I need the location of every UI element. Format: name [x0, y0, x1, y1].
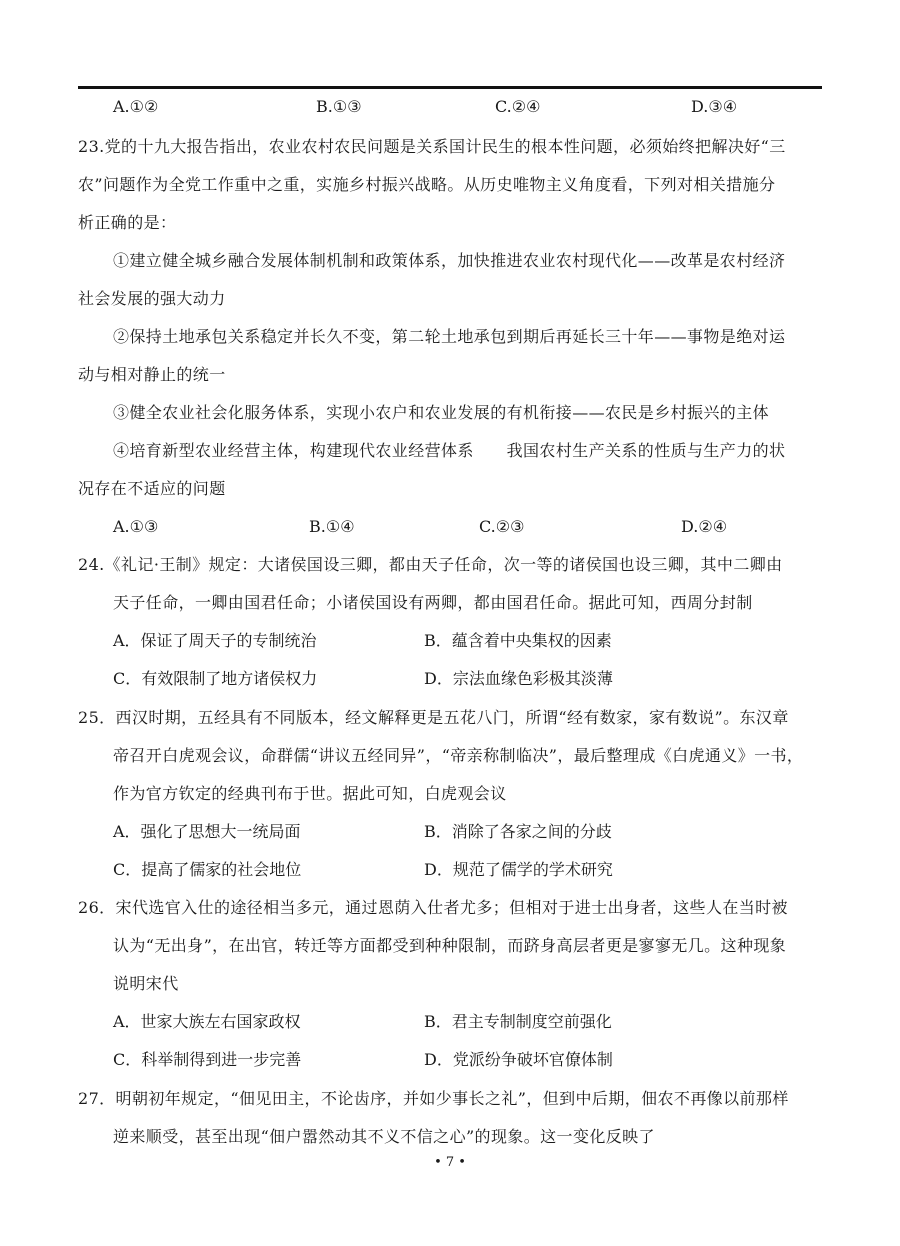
q22-options: A.①② B.①③ C.②④ D.③④: [0, 97, 900, 117]
q24-option-d: D．宗法血缘色彩极其淡薄: [424, 669, 613, 689]
q23-statement-4-line-2: 况存在不适应的问题: [78, 479, 226, 499]
q25-stem-line-1: 25．西汉时期，五经具有不同版本，经文解释更是五花八门，所谓“经有数家，家有数说…: [78, 708, 789, 728]
exam-page: A.①② B.①③ C.②④ D.③④ 23.党的十九大报告指出，农业农村农民问…: [0, 0, 900, 1246]
q26-options: A．世家大族左右国家政权 B．君主专制制度空前强化 C．科举制得到进一步完善 D…: [0, 1012, 900, 1070]
q24-option-a: A．保证了周天子的专制统治: [113, 631, 317, 651]
q27-stem-line-2: 逆来顺受，甚至出现“佃户嚣然动其不义不信之心”的现象。这一变化反映了: [113, 1127, 655, 1147]
q23-stem-line-1: 23.党的十九大报告指出，农业农村农民问题是关系国计民生的根本性问题，必须始终把…: [78, 137, 786, 157]
q23-statement-1-line-2: 社会发展的强大动力: [78, 289, 226, 309]
q24-option-b: B．蕴含着中央集权的因素: [424, 631, 612, 651]
q26-option-d: D．党派纷争破坏官僚体制: [424, 1050, 613, 1070]
q25-option-b: B．消除了各家之间的分歧: [424, 822, 612, 842]
q23-stem-line-2: 农”问题作为全党工作重中之重，实施乡村振兴战略。从历史唯物主义角度看，下列对相关…: [78, 175, 775, 195]
page-number: • 7 •: [0, 1155, 900, 1171]
q25-options: A．强化了思想大一统局面 B．消除了各家之间的分歧 C．提高了儒家的社会地位 D…: [0, 822, 900, 880]
q24-stem-line-2: 天子任命，一卿由国君任命；小诸侯国设有两卿，都由国君任命。据此可知，西周分封制: [113, 593, 753, 613]
q23-option-a: A.①③: [113, 517, 158, 537]
q24-options: A．保证了周天子的专制统治 B．蕴含着中央集权的因素 C．有效限制了地方诸侯权力…: [0, 631, 900, 689]
q23-stem-line-3: 析正确的是：: [78, 213, 176, 233]
q23-option-c: C.②③: [479, 517, 524, 537]
q23-statement-2-line-1: ②保持土地承包关系稳定并长久不变，第二轮土地承包到期后再延长三十年——事物是绝对…: [113, 327, 785, 347]
q23-option-b: B.①④: [309, 517, 355, 537]
q23-options: A.①③ B.①④ C.②③ D.②④: [0, 517, 900, 537]
q25-option-c: C．提高了儒家的社会地位: [113, 860, 301, 880]
q23-statement-2-line-2: 动与相对静止的统一: [78, 365, 226, 385]
q26-stem-line-3: 说明宋代: [113, 974, 179, 994]
q23-option-d: D.②④: [681, 517, 727, 537]
q23-statement-3: ③健全农业社会化服务体系，实现小农户和农业发展的有机衔接——农民是乡村振兴的主体: [113, 403, 769, 423]
q26-stem-line-1: 26．宋代选官入仕的途径相当多元，通过恩荫入仕者尤多；但相对于进士出身者，这些人…: [78, 898, 788, 918]
q23-statement-1-line-1: ①建立健全城乡融合发展体制机制和政策体系，加快推进农业农村现代化——改革是农村经…: [113, 251, 785, 271]
q27-stem-line-1: 27．明朝初年规定，“佃见田主，不论齿序，并如少事长之礼”，但到中后期，佃农不再…: [78, 1089, 789, 1109]
q26-stem-line-2: 认为“无出身”，在出官，转迁等方面都受到种种限制，而跻身高层者更是寥寥无几。这种…: [113, 936, 786, 956]
q23-statement-4-line-1: ④培育新型农业经营主体，构建现代农业经营体系 我国农村生产关系的性质与生产力的状: [113, 441, 785, 461]
q24-stem-line-1: 24.《礼记·王制》规定：大诸侯国设三卿，都由天子任命，次一等的诸侯国也设三卿，…: [78, 555, 783, 575]
q22-option-c: C.②④: [495, 97, 540, 117]
q25-stem-line-3: 作为官方钦定的经典刊布于世。据此可知，白虎观会议: [113, 784, 507, 804]
q22-option-d: D.③④: [691, 97, 737, 117]
q25-option-d: D．规范了儒学的学术研究: [424, 860, 613, 880]
q24-option-c: C．有效限制了地方诸侯权力: [113, 669, 317, 689]
q25-option-a: A．强化了思想大一统局面: [113, 822, 301, 842]
q26-option-b: B．君主专制制度空前强化: [424, 1012, 612, 1032]
q22-option-b: B.①③: [316, 97, 362, 117]
q22-option-a: A.①②: [113, 97, 158, 117]
q25-stem-line-2: 帝召开白虎观会议，命群儒“讲议五经同异”，“帝亲称制临决”，最后整理成《白虎通义…: [113, 746, 803, 766]
header-rule: [78, 86, 822, 89]
q26-option-c: C．科举制得到进一步完善: [113, 1050, 301, 1070]
q26-option-a: A．世家大族左右国家政权: [113, 1012, 301, 1032]
